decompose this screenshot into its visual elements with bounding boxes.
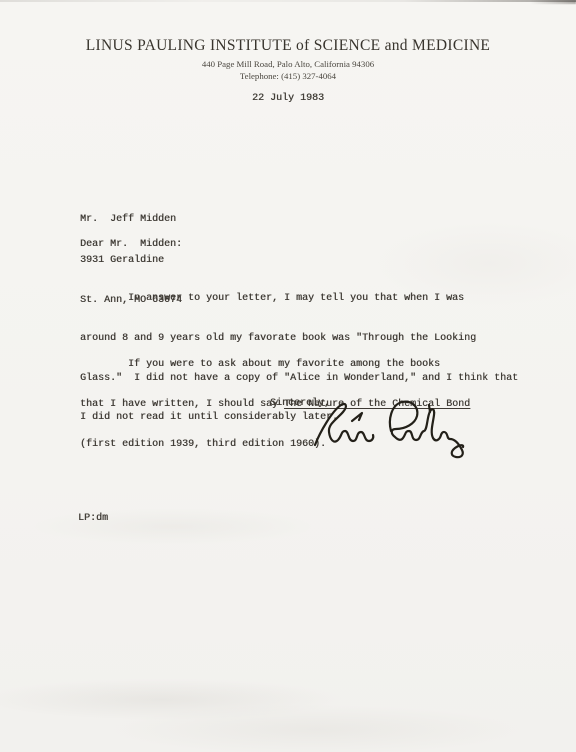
salutation: Dear Mr. Midden:	[80, 238, 182, 251]
recipient-name: Mr. Jeff Midden	[80, 213, 182, 227]
scan-corner-smudge	[530, 0, 576, 4]
scan-edge-artifact	[0, 0, 576, 2]
letter-page: LINUS PAULING INSTITUTE of SCIENCE and M…	[0, 0, 576, 752]
linus-pauling-signature	[308, 398, 470, 466]
body-line: In answer to your letter, I may tell you…	[80, 292, 518, 305]
letterhead-title: LINUS PAULING INSTITUTE of SCIENCE and M…	[0, 37, 576, 55]
typist-initials: LP:dm	[78, 512, 108, 525]
letterhead-address: 440 Page Mill Road, Palo Alto, Californi…	[0, 59, 576, 69]
recipient-street: 3931 Geraldine	[80, 254, 182, 268]
letterhead-telephone: Telephone: (415) 327-4064	[0, 71, 576, 81]
body-line-text: that I have written, I should say	[80, 399, 284, 410]
letter-date: 22 July 1983	[0, 92, 576, 105]
body-line: If you were to ask about my favorite amo…	[80, 358, 470, 371]
